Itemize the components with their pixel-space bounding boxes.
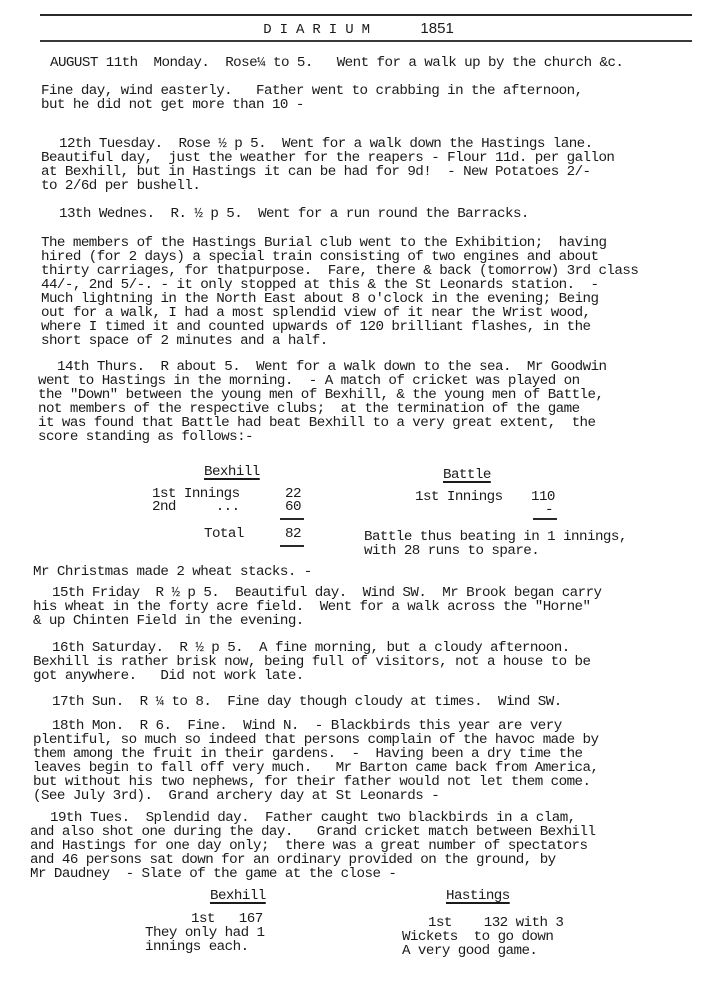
entry-aug-12-line: at Bexhill, but in Hastings it can be ha…	[41, 165, 591, 179]
entry-aug-16-line: got anywhere. Did not work late.	[33, 669, 304, 683]
entry-aug-17-line: 17th Sun. R ¼ to 8. Fine day though clou…	[52, 695, 562, 709]
entry-aug-13-line: where I timed it and counted upwards of …	[41, 320, 591, 334]
entry-aug-18-line: but without his two nephews, for their f…	[33, 775, 590, 789]
entry-aug-19-line: and 46 persons sat down for an ordinary …	[30, 853, 556, 867]
entry-aug-14-line: went to Hastings in the morning. - A mat…	[38, 374, 580, 388]
entry-aug-14-line: it was found that Battle had beat Bexhil…	[38, 416, 595, 430]
page-header: DIARIUM 1851	[0, 20, 717, 38]
entry-aug-19-line: and also shot one during the day. Grand …	[30, 825, 595, 839]
entry-aug-18-line: (See July 3rd). Grand archery day at St …	[33, 789, 439, 803]
entry-aug-13-line: out for a walk, I had a most splendid vi…	[41, 306, 591, 320]
entry-aug-15-line: his wheat in the forty acre field. Went …	[33, 600, 590, 614]
score-heading-bexhill: Bexhill	[204, 465, 260, 479]
score-row-label: 1st Innings	[415, 490, 503, 504]
score-total-rule	[280, 545, 304, 547]
entry-aug-14-line: 14th Thurs. R about 5. Went for a walk d…	[57, 360, 607, 374]
entry-aug-11-line: AUGUST 11th Monday. Rose¼ to 5. Went for…	[50, 56, 623, 70]
entry-aug-18-line: them among the fruit in their gardens. -…	[33, 747, 583, 761]
score-heading-hastings: Hastings	[446, 889, 510, 903]
entry-aug-14-after: Mr Christmas made 2 wheat stacks. -	[33, 565, 312, 579]
score-heading-bexhill: Bexhill	[210, 889, 266, 903]
score-line: A very good game.	[402, 944, 537, 958]
entry-aug-12-line: 12th Tuesday. Rose ½ p 5. Went for a wal…	[59, 137, 593, 151]
entry-aug-16-line: Bexhill is rather brisk now, being full …	[33, 655, 590, 669]
score-line: Wickets to go down	[402, 930, 553, 944]
score-row-value: 60	[285, 500, 301, 514]
entry-aug-15-line: 15th Friday R ½ p 5. Beautiful day. Wind…	[52, 586, 602, 600]
entry-aug-19-line: and Hastings for one day only; there was…	[30, 839, 587, 853]
score-heading-battle: Battle	[443, 468, 491, 482]
entry-aug-14-line: score standing as follows:-	[38, 430, 253, 444]
entry-aug-13-line: thirty carriages, for thatpurpose. Fare,…	[41, 264, 638, 278]
page-year: 1851	[420, 20, 453, 37]
entry-aug-12-line: to 2/6d per bushell.	[41, 179, 200, 193]
entry-aug-14-line: not members of the respective clubs; at …	[38, 402, 580, 416]
entry-aug-13-line: Much lightning in the North East about 8…	[41, 292, 598, 306]
score-sum-rule	[280, 518, 304, 520]
score-dash: -	[545, 503, 553, 517]
entry-aug-16-line: 16th Saturday. R ½ p 5. A fine morning, …	[52, 641, 570, 655]
entry-aug-14-line: the "Down" between the young men of Bexh…	[38, 388, 603, 402]
score-line: 1st 167	[191, 912, 263, 926]
score-line: innings each.	[145, 940, 249, 954]
entry-aug-15-line: & up Chinten Field in the evening.	[33, 614, 304, 628]
score-row-label: 2nd ...	[152, 500, 240, 514]
entry-aug-18-line: leaves begin to fall off very much. Mr B…	[33, 761, 598, 775]
score-line: 1st 132 with 3	[428, 916, 563, 930]
entry-aug-13-line: short space of 2 minutes and a half.	[41, 334, 328, 348]
entry-aug-13-line: hired (for 2 days) a special train consi…	[41, 250, 598, 264]
header-rule-top	[40, 14, 692, 16]
score-total-value: 82	[285, 527, 301, 541]
entry-aug-18-line: 18th Mon. R 6. Fine. Wind N. - Blackbird…	[52, 719, 562, 733]
page-title: DIARIUM	[263, 22, 378, 38]
entry-aug-13-line: 13th Wednes. R. ½ p 5. Went for a run ro…	[59, 207, 529, 221]
score-total-label: Total	[204, 527, 244, 541]
entry-aug-11-line: but he did not get more than 10 -	[41, 98, 304, 112]
score-note: Battle thus beating in 1 innings,	[364, 530, 627, 544]
diary-page: DIARIUM 1851 AUGUST 11th Monday. Rose¼ t…	[0, 0, 717, 1001]
score-sum-rule	[533, 518, 557, 520]
entry-aug-12-line: Beautiful day, just the weather for the …	[41, 151, 614, 165]
entry-aug-18-line: plentiful, so much so indeed that person…	[33, 733, 598, 747]
entry-aug-19-line: 19th Tues. Splendid day. Father caught t…	[50, 811, 576, 825]
header-rule-bottom	[40, 40, 692, 42]
entry-aug-13-line: The members of the Hastings Burial club …	[41, 236, 606, 250]
score-note: with 28 runs to spare.	[364, 544, 539, 558]
entry-aug-11-line: Fine day, wind easterly. Father went to …	[41, 84, 583, 98]
score-line: They only had 1	[145, 926, 264, 940]
entry-aug-19-line: Mr Daudney - Slate of the game at the cl…	[30, 867, 396, 881]
entry-aug-13-line: 44/-, 2nd 5/-. - it only stopped at this…	[41, 278, 598, 292]
